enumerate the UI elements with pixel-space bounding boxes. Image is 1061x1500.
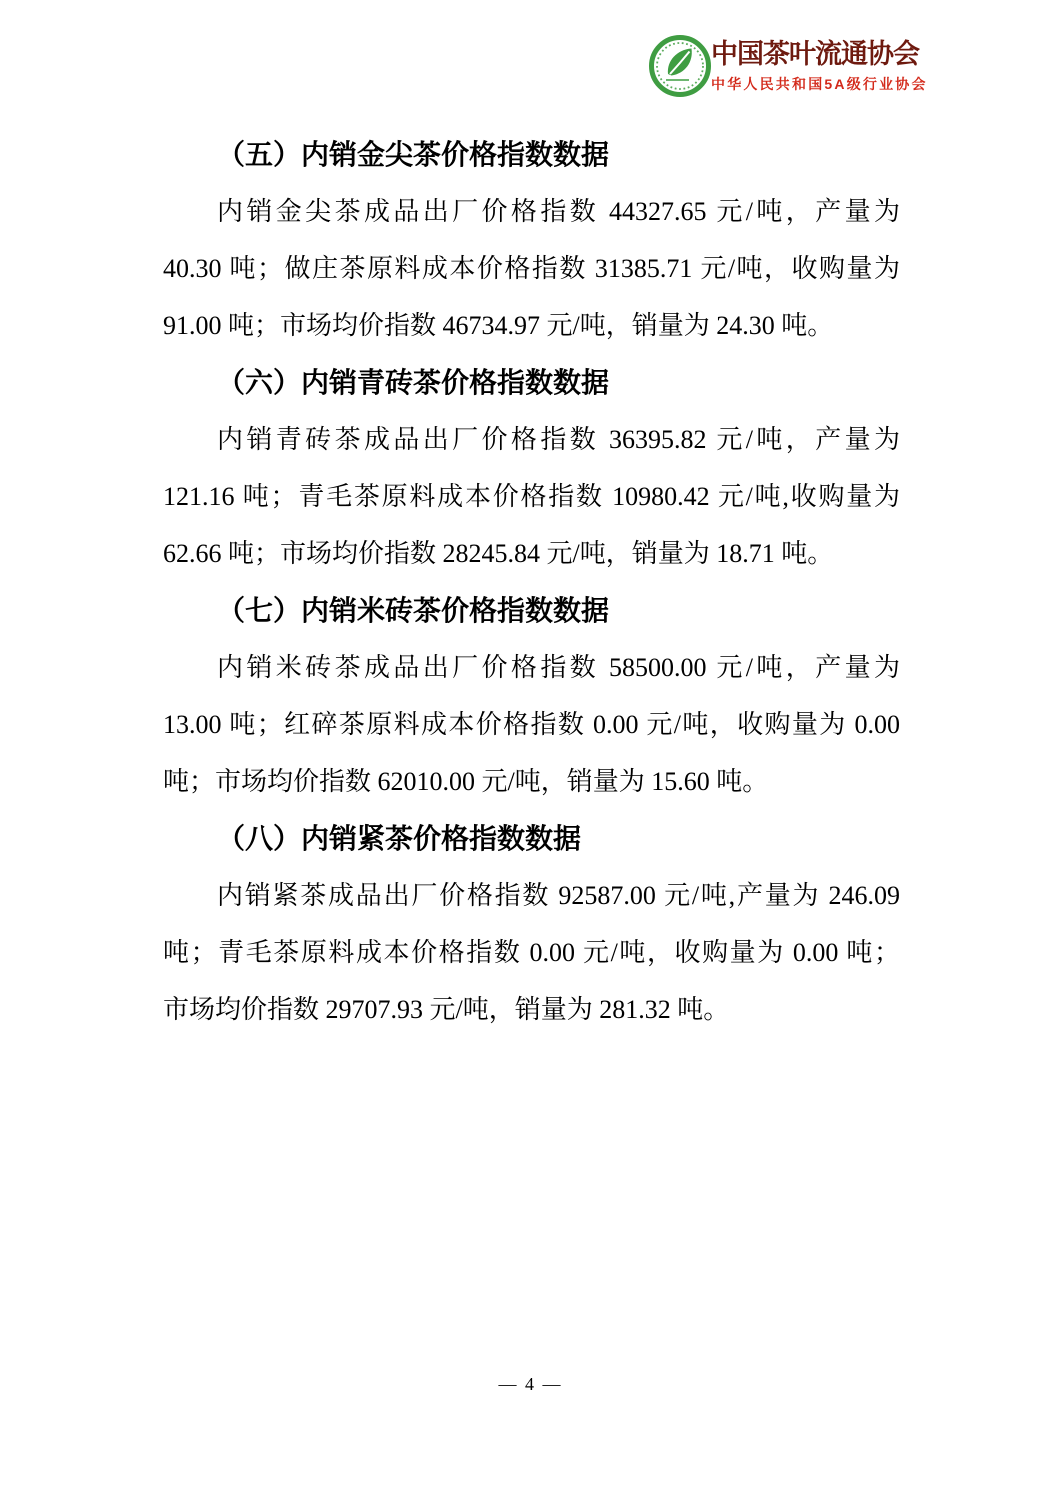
paragraph-line: 内销金尖茶成品出厂价格指数 44327.65 元/吨，产量为 [163, 183, 900, 240]
paragraph-line: 内销紧茶成品出厂价格指数 92587.00 元/吨,产量为 246.09 [163, 867, 900, 924]
paragraph-line: 40.30 吨；做庄茶原料成本价格指数 31385.71 元/吨，收购量为 [163, 240, 900, 297]
section-5: （五）内销金尖茶价格指数数据 内销金尖茶成品出厂价格指数 44327.65 元/… [163, 126, 900, 354]
section-6: （六）内销青砖茶价格指数数据 内销青砖茶成品出厂价格指数 36395.82 元/… [163, 354, 900, 582]
paragraph-line: 62.66 吨；市场均价指数 28245.84 元/吨，销量为 18.71 吨。 [163, 525, 900, 582]
section-8-heading: （八）内销紧茶价格指数数据 [163, 810, 900, 867]
paragraph-line: 内销米砖茶成品出厂价格指数 58500.00 元/吨，产量为 [163, 639, 900, 696]
section-7: （七）内销米砖茶价格指数数据 内销米砖茶成品出厂价格指数 58500.00 元/… [163, 582, 900, 810]
paragraph-line: 13.00 吨；红碎茶原料成本价格指数 0.00 元/吨，收购量为 0.00 [163, 696, 900, 753]
page-number: — 4 — [499, 1374, 563, 1394]
paragraph-line: 市场均价指数 29707.93 元/吨，销量为 281.32 吨。 [163, 981, 900, 1038]
org-name: 中国茶叶流通协会 [711, 38, 923, 70]
paragraph-line: 内销青砖茶成品出厂价格指数 36395.82 元/吨，产量为 [163, 411, 900, 468]
paragraph-line: 吨；市场均价指数 62010.00 元/吨，销量为 15.60 吨。 [163, 753, 900, 810]
section-7-heading: （七）内销米砖茶价格指数数据 [163, 582, 900, 639]
section-5-heading: （五）内销金尖茶价格指数数据 [163, 126, 900, 183]
paragraph-line: 121.16 吨；青毛茶原料成本价格指数 10980.42 元/吨,收购量为 [163, 468, 900, 525]
document-page: 中国茶叶流通协会 中华人民共和国5A级行业协会 （五）内销金尖茶价格指数数据 内… [0, 0, 1061, 1500]
section-6-heading: （六）内销青砖茶价格指数数据 [163, 354, 900, 411]
letterhead: 中国茶叶流通协会 中华人民共和国5A级行业协会 [711, 38, 923, 94]
tea-leaf-seal-icon [648, 34, 712, 98]
paragraph-line: 吨；青毛茶原料成本价格指数 0.00 元/吨，收购量为 0.00 吨； [163, 924, 900, 981]
page-footer: — 4 — [0, 1374, 1061, 1395]
paragraph-line: 91.00 吨；市场均价指数 46734.97 元/吨，销量为 24.30 吨。 [163, 297, 900, 354]
org-subtitle: 中华人民共和国5A级行业协会 [711, 74, 923, 94]
section-8: （八）内销紧茶价格指数数据 内销紧茶成品出厂价格指数 92587.00 元/吨,… [163, 810, 900, 1038]
document-body: （五）内销金尖茶价格指数数据 内销金尖茶成品出厂价格指数 44327.65 元/… [163, 126, 900, 1038]
association-emblem-icon [648, 34, 712, 98]
